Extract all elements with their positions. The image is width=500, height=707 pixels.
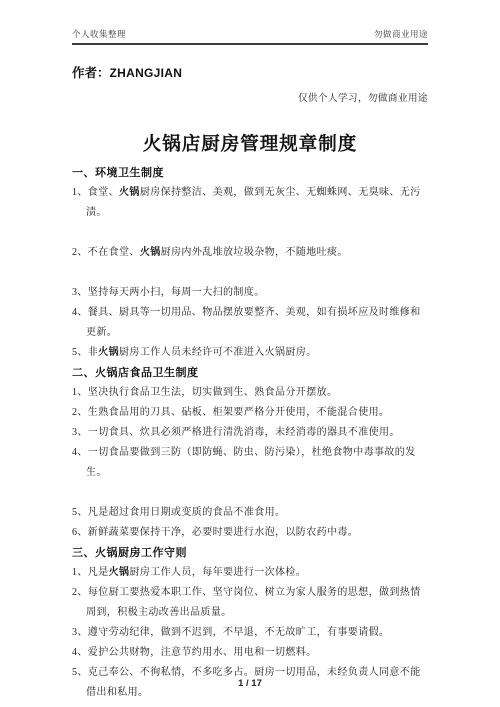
list-item: 4、餐具、厨具等一切用品、物品摆放要整齐、美观，如有损坏应及时维修和更新。 xyxy=(72,303,428,343)
text-segment: 2、每位厨工要热爱本职工作、坚守岗位、树立为家人服务的思想，做到热情周到，积极主… xyxy=(72,587,421,618)
page-number: 1 / 17 xyxy=(0,678,500,689)
text-segment: 厨房工作人员未经许可不准进入火锅厨房。 xyxy=(119,347,317,358)
text-segment: 1、食堂、 xyxy=(72,187,119,198)
header-right-text: 勿做商业用途 xyxy=(374,28,428,40)
header-left-text: 个人收集整理 xyxy=(72,28,126,40)
bold-text-segment: 火锅 xyxy=(119,187,140,198)
list-item: 4、一切食品要做到三防（即防蝇、防虫、防污染），杜绝食物中毒事故的发生。 xyxy=(72,443,428,483)
page-header: 个人收集整理 勿做商业用途 xyxy=(72,28,428,45)
list-item: 5、凡是超过食用日期或变质的食品不准食用。 xyxy=(72,503,428,523)
bold-text-segment: 火锅 xyxy=(140,247,161,258)
list-item: 2、生熟食品用的刀具、砧板、柜架要严格分开使用，不能混合使用。 xyxy=(72,403,428,423)
document-title: 火锅店厨房管理规章制度 xyxy=(72,130,428,156)
document-page: 个人收集整理 勿做商业用途 作者：ZHANGJIAN 仅供个人学习，勿做商业用途… xyxy=(0,0,500,707)
list-item: 1、坚决执行食品卫生法，切实做到生、熟食品分开摆放。 xyxy=(72,383,428,403)
list-item: 4、爱护公共财物，注意节约用水、用电和一切燃料。 xyxy=(72,643,428,663)
section-heading: 一、环境卫生制度 xyxy=(72,163,428,183)
text-segment: 2、不在食堂、 xyxy=(72,247,140,258)
sections: 一、环境卫生制度1、食堂、火锅厨房保持整洁、美观，做到无灰尘、无蜘蛛网、无臭味、… xyxy=(72,163,428,703)
list-item: 3、遵守劳动纪律，做到不迟到，不早退，不无故旷工，有事要请假。 xyxy=(72,623,428,643)
list-item: 3、一切食具、炊具必须严格进行清洗消毒，未经消毒的器具不准使用。 xyxy=(72,423,428,443)
section-heading: 三、火锅厨房工作守则 xyxy=(72,543,428,563)
text-segment: 厨房内外乱堆放垃圾杂物，不随地吐痰。 xyxy=(161,247,348,258)
text-segment: 6、新鲜蔬菜要保持干净，必要时要进行水泡，以防农药中毒。 xyxy=(72,527,358,538)
list-item: 2、不在食堂、火锅厨房内外乱堆放垃圾杂物，不随地吐痰。 xyxy=(72,243,428,263)
text-segment: 4、餐具、厨具等一切用品、物品摆放要整齐、美观，如有损坏应及时维修和更新。 xyxy=(72,307,421,338)
list-item: 2、每位厨工要热爱本职工作、坚守岗位、树立为家人服务的思想，做到热情周到，积极主… xyxy=(72,583,428,623)
author-line: 作者：ZHANGJIAN xyxy=(72,63,428,81)
list-item: 3、坚持每天两小扫，每周一大扫的制度。 xyxy=(72,283,428,303)
list-item: 1、凡是火锅厨房工作人员，每年要进行一次体检。 xyxy=(72,563,428,583)
list-item: 5、非火锅厨房工作人员未经许可不准进入火锅厨房。 xyxy=(72,343,428,363)
bold-text-segment: 火锅 xyxy=(109,567,130,578)
text-segment: 5、凡是超过食用日期或变质的食品不准食用。 xyxy=(72,507,285,518)
text-segment: 1、坚决执行食品卫生法，切实做到生、熟食品分开摆放。 xyxy=(72,387,337,398)
text-segment: 2、生熟食品用的刀具、砧板、柜架要严格分开使用，不能混合使用。 xyxy=(72,407,389,418)
text-segment: 3、一切食具、炊具必须严格进行清洗消毒，未经消毒的器具不准使用。 xyxy=(72,427,400,438)
text-segment: 5、非 xyxy=(72,347,98,358)
text-segment: 3、遵守劳动纪律，做到不迟到，不早退，不无故旷工，有事要请假。 xyxy=(72,627,389,638)
bold-text-segment: 火锅 xyxy=(98,347,119,358)
text-segment: 4、爱护公共财物，注意节约用水、用电和一切燃料。 xyxy=(72,647,317,658)
author-label: 作者： xyxy=(72,66,110,80)
list-item: 6、新鲜蔬菜要保持干净，必要时要进行水泡，以防农药中毒。 xyxy=(72,523,428,543)
list-item: 1、食堂、火锅厨房保持整洁、美观，做到无灰尘、无蜘蛛网、无臭味、无污渍。 xyxy=(72,183,428,223)
text-segment: 4、一切食品要做到三防（即防蝇、防虫、防污染），杜绝食物中毒事故的发生。 xyxy=(72,447,416,478)
author-name: ZHANGJIAN xyxy=(110,66,183,80)
usage-notice: 仅供个人学习，勿做商业用途 xyxy=(72,90,428,104)
text-segment: 3、坚持每天两小扫，每周一大扫的制度。 xyxy=(72,287,265,298)
section-heading: 二、火锅店食品卫生制度 xyxy=(72,363,428,383)
text-segment: 1、凡是 xyxy=(72,567,109,578)
text-segment: 厨房工作人员，每年要进行一次体检。 xyxy=(129,567,306,578)
